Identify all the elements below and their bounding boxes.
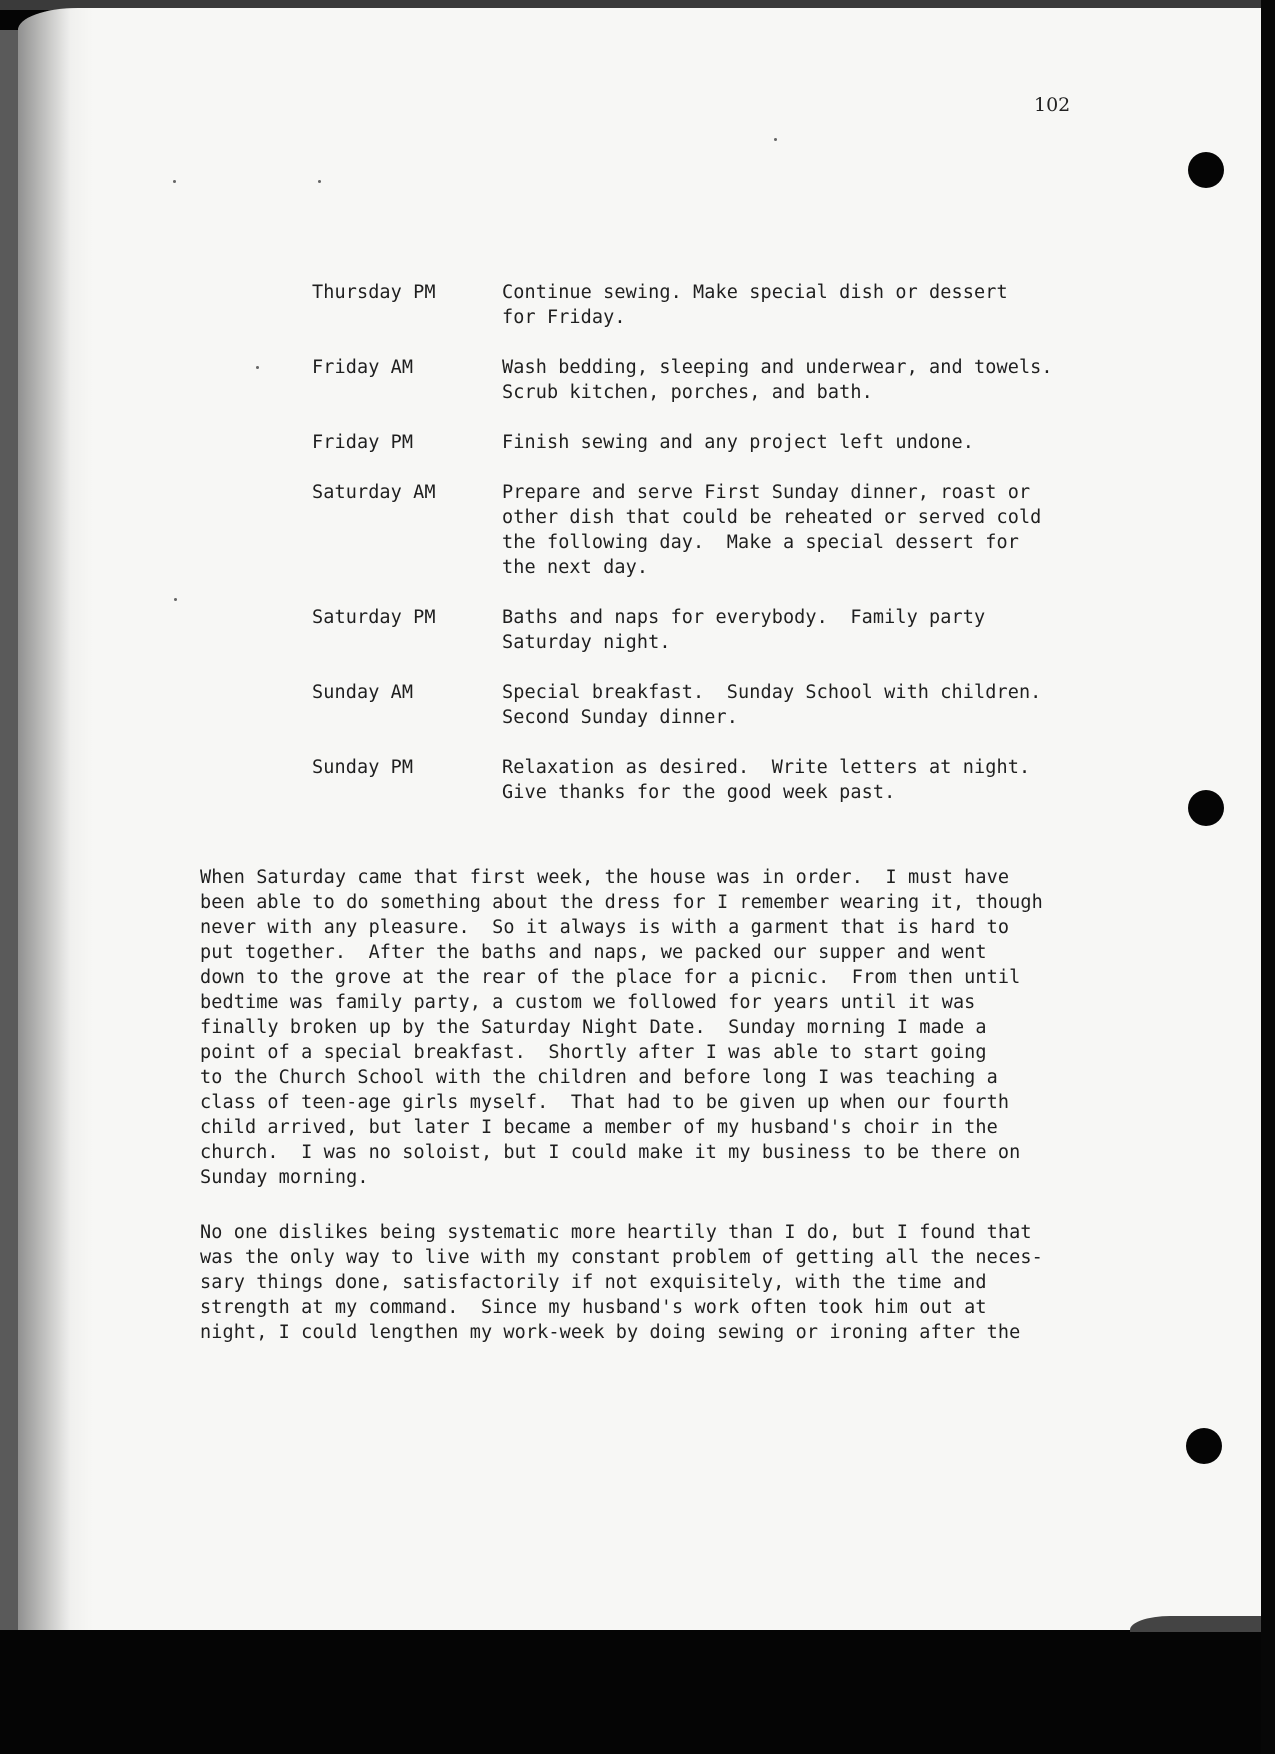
- body-paragraph: When Saturday came that first week, the …: [200, 865, 1043, 1190]
- schedule-row: Sunday PM Relaxation as desired. Write l…: [312, 755, 1053, 805]
- scan-speck: [173, 180, 176, 183]
- schedule-row: Friday PM Finish sewing and any project …: [312, 430, 1053, 455]
- schedule-time: Sunday AM: [312, 680, 502, 730]
- weekly-schedule: Thursday PM Continue sewing. Make specia…: [312, 280, 1053, 830]
- schedule-time: Saturday PM: [312, 605, 502, 655]
- schedule-description: Baths and naps for everybody. Family par…: [502, 605, 985, 655]
- scan-border-right: [1261, 0, 1275, 1754]
- binding-shadow: [18, 8, 93, 1630]
- punch-hole-icon: [1188, 790, 1224, 826]
- body-paragraph: No one dislikes being systematic more he…: [200, 1220, 1043, 1345]
- schedule-time: Friday AM: [312, 355, 502, 405]
- schedule-description: Prepare and serve First Sunday dinner, r…: [502, 480, 1041, 580]
- schedule-description: Continue sewing. Make special dish or de…: [502, 280, 1008, 330]
- scan-artifact: [1130, 1616, 1265, 1632]
- schedule-time: Saturday AM: [312, 480, 502, 580]
- punch-hole-icon: [1186, 1428, 1222, 1464]
- schedule-description: Finish sewing and any project left undon…: [502, 430, 974, 455]
- scan-speck: [318, 180, 321, 183]
- schedule-row: Friday AM Wash bedding, sleeping and und…: [312, 355, 1053, 405]
- schedule-description: Wash bedding, sleeping and underwear, an…: [502, 355, 1053, 405]
- schedule-time: Thursday PM: [312, 280, 502, 330]
- scan-speck: [774, 138, 777, 141]
- schedule-time: Friday PM: [312, 430, 502, 455]
- page-number: 102: [1034, 94, 1070, 116]
- schedule-row: Saturday PM Baths and naps for everybody…: [312, 605, 1053, 655]
- scan-speck: [256, 366, 259, 369]
- scan-speck: [174, 598, 177, 601]
- schedule-row: Saturday AM Prepare and serve First Sund…: [312, 480, 1053, 580]
- schedule-time: Sunday PM: [312, 755, 502, 805]
- schedule-row: Thursday PM Continue sewing. Make specia…: [312, 280, 1053, 330]
- schedule-description: Relaxation as desired. Write letters at …: [502, 755, 1030, 805]
- document-page: 102 Thursday PM Continue sewing. Make sp…: [18, 8, 1261, 1630]
- punch-hole-icon: [1188, 152, 1224, 188]
- schedule-description: Special breakfast. Sunday School with ch…: [502, 680, 1041, 730]
- schedule-row: Sunday AM Special breakfast. Sunday Scho…: [312, 680, 1053, 730]
- scan-border-left: [0, 30, 18, 1630]
